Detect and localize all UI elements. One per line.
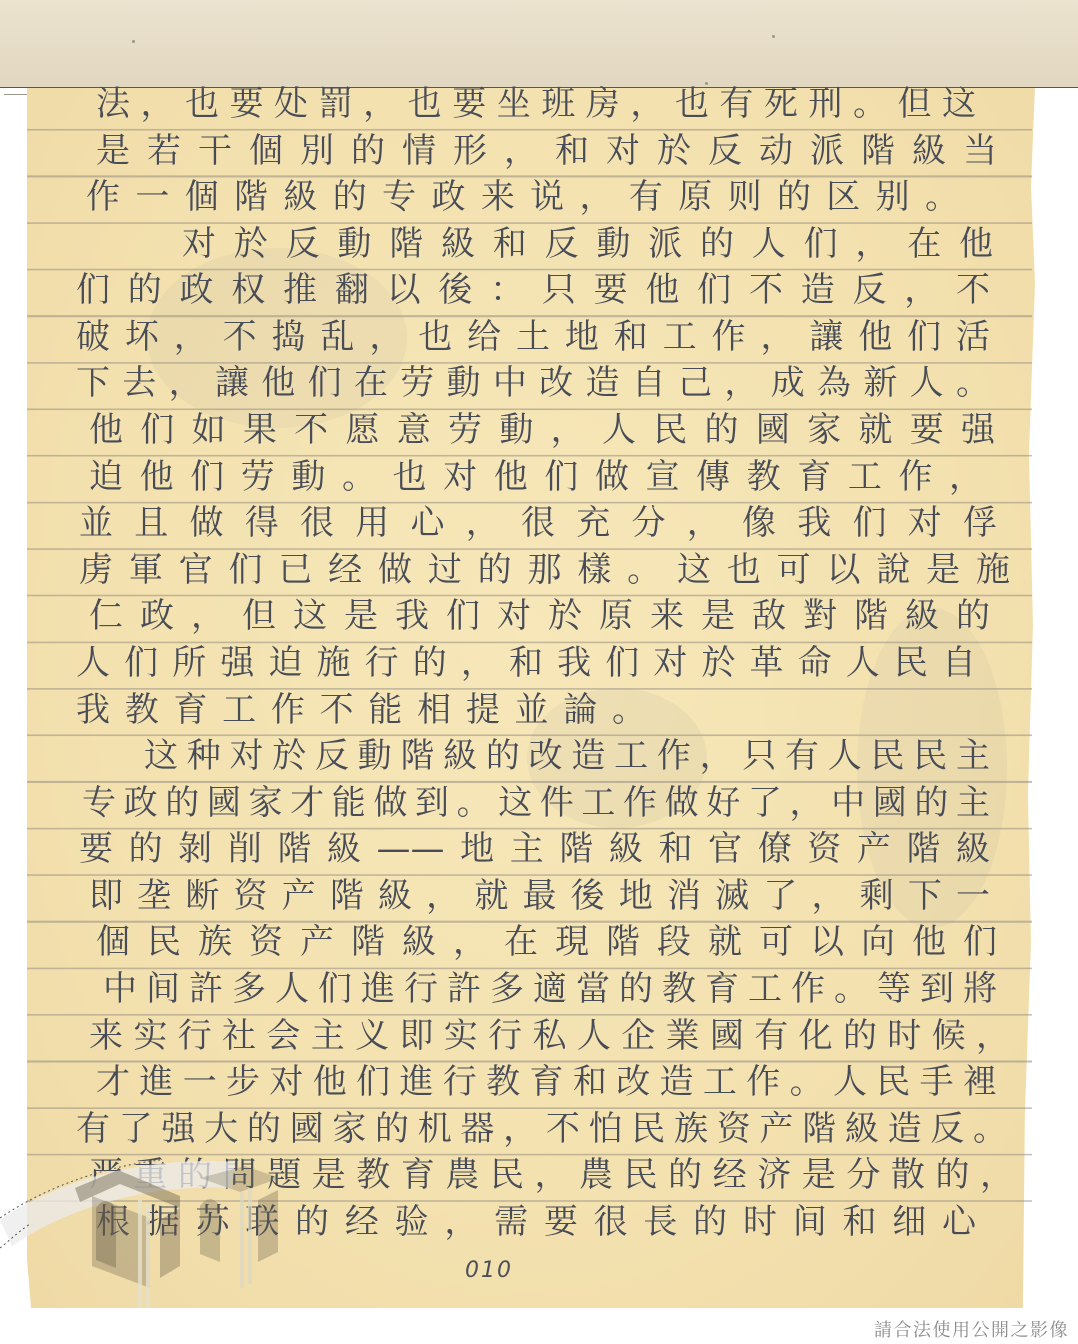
manuscript-line: 法，也要处罰，也要坐班房，也有死刑。但这	[96, 82, 976, 129]
manuscript-line: 是若干個別的情形，和对於反动派階級当	[96, 129, 997, 176]
manuscript-line-paragraph-start: 这种对於反動階級的改造工作，只有人民民主	[144, 734, 990, 781]
backing-paper-strip	[0, 0, 1078, 88]
manuscript-line: 作一個階級的专政来说，有原则的区别。	[86, 175, 959, 222]
manuscript-line: 仁政，但这是我们对於原来是敌對階級的	[89, 594, 990, 641]
manuscript-line: 要的剝削階級——地主階級和官僚资产階級	[79, 827, 990, 874]
manuscript-line-paragraph-end: 我教育工作不能相提並論。	[76, 688, 646, 735]
manuscript-line: 迫他们劳動。也对他们做宣傳教育工作，	[89, 455, 983, 502]
usage-notice-caption: 請合法使用公開之影像	[874, 1316, 1069, 1342]
manuscript-line: 人们所强迫施行的，和我们对於革命人民自	[76, 641, 976, 688]
manuscript-line: 来实行社会主义即实行私人企業國有化的时候，	[89, 1014, 1010, 1061]
library-building-logo-icon	[0, 1148, 300, 1308]
manuscript-line: 虏軍官们已经做过的那樣。这也可以說是施	[79, 548, 1010, 595]
manuscript-line: 下去，讓他们在劳動中改造自己，成為新人。	[76, 361, 990, 408]
manuscript-text: 法，也要处罰，也要坐班房，也有死刑。但这 是若干個別的情形，和对於反动派階級当 …	[0, 82, 1078, 1246]
manuscript-line: 並且做得很用心，很充分，像我们对俘	[79, 501, 997, 548]
manuscript-line: 即垄断资产階級，就最後地消滅了，剩下一	[89, 874, 990, 921]
manuscript-line: 他们如果不愿意劳動，人民的國家就要强	[89, 408, 995, 455]
manuscript-line: 個民族资产階級，在現階段就可以向他们	[96, 920, 997, 967]
manuscript-line: 中间許多人们進行許多適當的教育工作。等到將	[103, 967, 997, 1014]
manuscript-line: 破坏，不捣乱，也给土地和工作，讓他们活	[76, 315, 990, 362]
manuscript-line: 有了强大的國家的机器，不怕民族资产階級造反。	[76, 1107, 1007, 1154]
page-number: 010	[465, 1258, 513, 1283]
manuscript-line: 才進一步对他们進行教育和改造工作。人民手裡	[96, 1060, 997, 1107]
manuscript-line-paragraph-start: 对於反動階級和反動派的人们，在他	[182, 222, 993, 269]
manuscript-line: 们的政权推翻以後：只要他们不造反，不	[76, 268, 990, 315]
manuscript-line: 专政的國家才能做到。这件工作做好了，中國的主	[82, 781, 990, 828]
